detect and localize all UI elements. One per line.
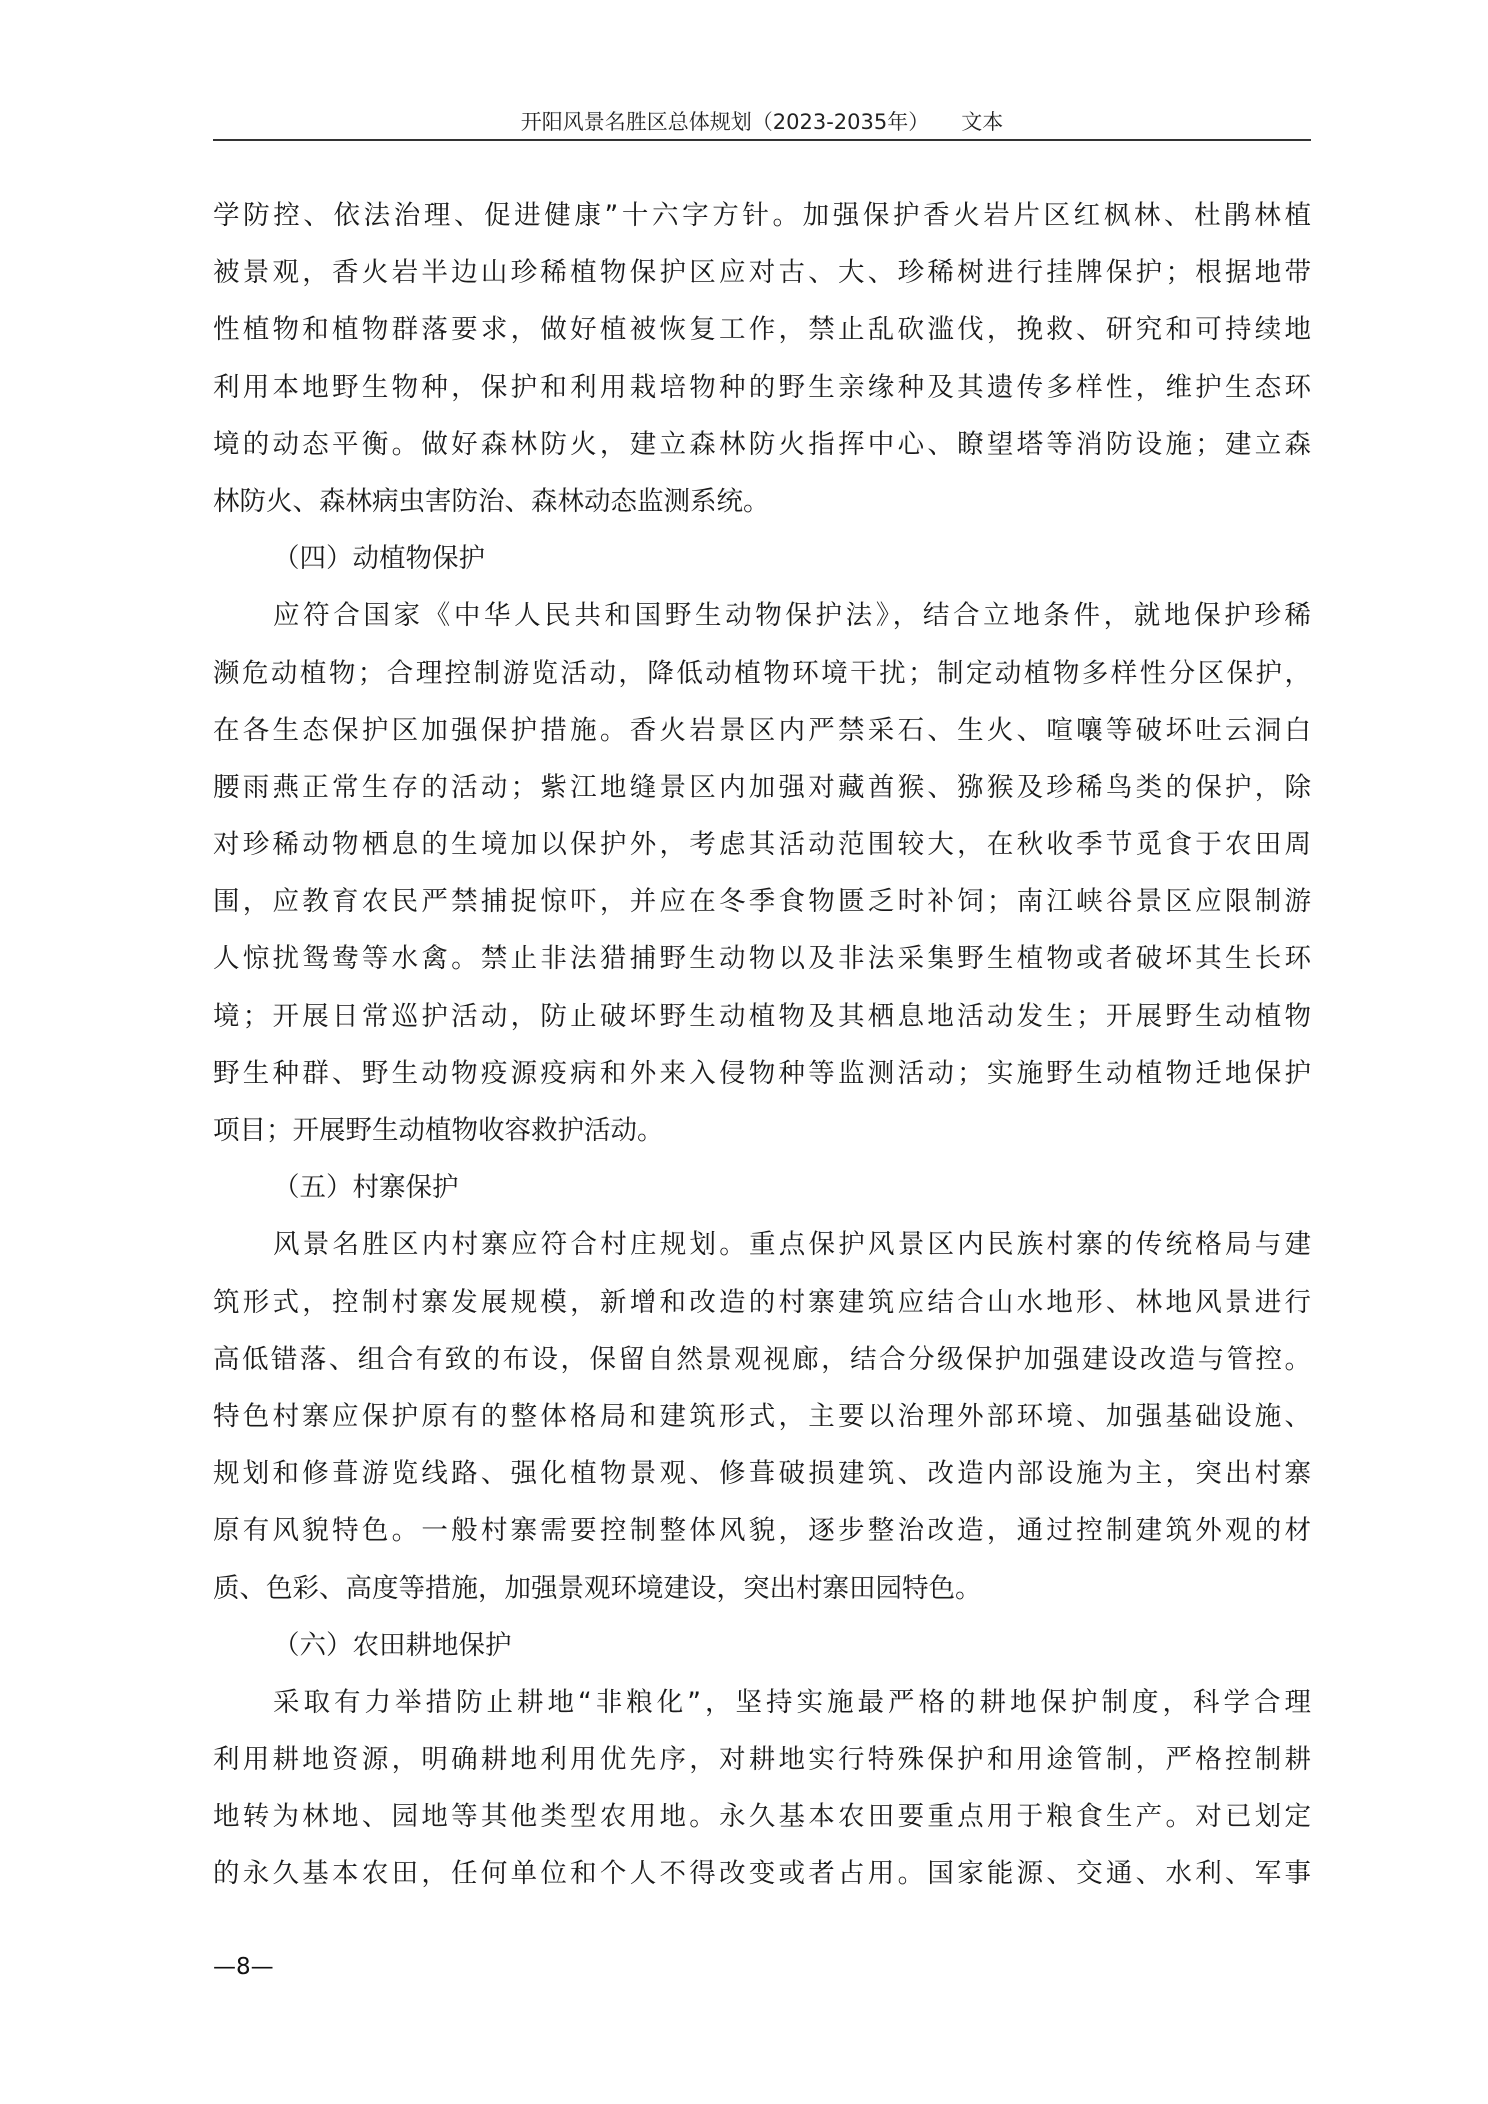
text-line: 性植物和植物群落要求，做好植被恢复工作，禁止乱砍滥伐，挽救、研究和可持续地 xyxy=(213,301,1311,358)
text-line: 质、色彩、高度等措施，加强景观环境建设，突出村寨田园特色。 xyxy=(213,1560,1311,1617)
header-rule xyxy=(213,139,1311,141)
text-line: 围，应教育农民严禁捕捉惊吓，并应在冬季食物匮乏时补饲；南江峡谷景区应限制游 xyxy=(213,873,1311,930)
section-heading: （六）农田耕地保护 xyxy=(213,1617,1311,1674)
running-header: 开阳风景名胜区总体规划（2023-2035年）文本 xyxy=(213,104,1311,140)
page-number: —8— xyxy=(213,1954,274,1980)
text-line: 人惊扰鸳鸯等水禽。禁止非法猎捕野生动物以及非法采集野生植物或者破坏其生长环 xyxy=(213,930,1311,987)
document-title: 开阳风景名胜区总体规划（2023-2035年） xyxy=(521,110,929,134)
text-line: 利用本地野生物种，保护和利用栽培物种的野生亲缘种及其遗传多样性，维护生态环 xyxy=(213,359,1311,416)
text-line: 采取有力举措防止耕地“非粮化”，坚持实施最严格的耕地保护制度，科学合理 xyxy=(213,1674,1311,1731)
text-line: 特色村寨应保护原有的整体格局和建筑形式，主要以治理外部环境、加强基础设施、 xyxy=(213,1388,1311,1445)
text-line: 地转为林地、园地等其他类型农用地。永久基本农田要重点用于粮食生产。对已划定 xyxy=(213,1788,1311,1845)
text-line: 项目；开展野生动植物收容救护活动。 xyxy=(213,1102,1311,1159)
text-line: 濒危动植物；合理控制游览活动，降低动植物环境干扰；制定动植物多样性分区保护， xyxy=(213,645,1311,702)
text-line: 利用耕地资源，明确耕地利用优先序，对耕地实行特殊保护和用途管制，严格控制耕 xyxy=(213,1731,1311,1788)
text-line: 腰雨燕正常生存的活动；紫江地缝景区内加强对藏酋猴、猕猴及珍稀鸟类的保护，除 xyxy=(213,759,1311,816)
body-text: 学防控、依法治理、促进健康”十六字方针。加强保护香火岩片区红枫林、杜鹃林植被景观… xyxy=(213,187,1311,1903)
text-line: 境的动态平衡。做好森林防火，建立森林防火指挥中心、瞭望塔等消防设施；建立森 xyxy=(213,416,1311,473)
text-line: 应符合国家《中华人民共和国野生动物保护法》，结合立地条件，就地保护珍稀 xyxy=(213,587,1311,644)
text-line: 被景观，香火岩半边山珍稀植物保护区应对古、大、珍稀树进行挂牌保护；根据地带 xyxy=(213,244,1311,301)
text-line: 的永久基本农田，任何单位和个人不得改变或者占用。国家能源、交通、水利、军事 xyxy=(213,1845,1311,1902)
section-heading: （五）村寨保护 xyxy=(213,1159,1311,1216)
text-line: 对珍稀动物栖息的生境加以保护外，考虑其活动范围较大，在秋收季节觅食于农田周 xyxy=(213,816,1311,873)
text-line: 原有风貌特色。一般村寨需要控制整体风貌，逐步整治改造，通过控制建筑外观的材 xyxy=(213,1502,1311,1559)
text-line: 规划和修葺游览线路、强化植物景观、修葺破损建筑、改造内部设施为主，突出村寨 xyxy=(213,1445,1311,1502)
document-type: 文本 xyxy=(961,110,1003,134)
text-line: 风景名胜区内村寨应符合村庄规划。重点保护风景区内民族村寨的传统格局与建 xyxy=(213,1216,1311,1273)
text-line: 筑形式，控制村寨发展规模，新增和改造的村寨建筑应结合山水地形、林地风景进行 xyxy=(213,1274,1311,1331)
text-line: 境；开展日常巡护活动，防止破坏野生动植物及其栖息地活动发生；开展野生动植物 xyxy=(213,988,1311,1045)
text-line: 在各生态保护区加强保护措施。香火岩景区内严禁采石、生火、喧嚷等破坏吐云洞白 xyxy=(213,702,1311,759)
section-heading: （四）动植物保护 xyxy=(213,530,1311,587)
text-line: 高低错落、组合有致的布设，保留自然景观视廊，结合分级保护加强建设改造与管控。 xyxy=(213,1331,1311,1388)
text-line: 学防控、依法治理、促进健康”十六字方针。加强保护香火岩片区红枫林、杜鹃林植 xyxy=(213,187,1311,244)
text-line: 林防火、森林病虫害防治、森林动态监测系统。 xyxy=(213,473,1311,530)
text-line: 野生种群、野生动物疫源疫病和外来入侵物种等监测活动；实施野生动植物迁地保护 xyxy=(213,1045,1311,1102)
